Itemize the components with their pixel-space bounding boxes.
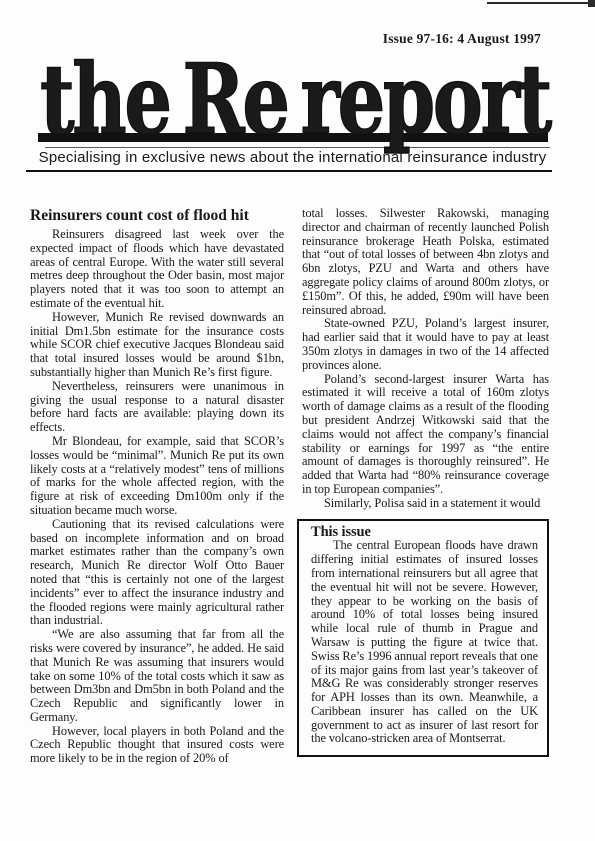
scan-artifact-line <box>487 2 595 4</box>
article-paragraph: Similarly, Polisa said in a statement it… <box>302 497 549 511</box>
article-paragraph: State-owned PZU, Poland’s largest insure… <box>302 317 549 372</box>
article-paragraph: Reinsurers disagreed last week over the … <box>30 228 284 311</box>
column-right: total losses. Silwester Rakowski, managi… <box>302 207 549 766</box>
right-column-paragraphs: total losses. Silwester Rakowski, managi… <box>302 207 549 511</box>
article-paragraph: “We are also assuming that far from all … <box>30 628 284 725</box>
article-paragraph: Cautioning that its revised calculations… <box>30 518 284 628</box>
newsletter-page: Issue 97-16: 4 August 1997 the Re report… <box>0 0 595 841</box>
scan-artifact-mark <box>588 0 595 7</box>
this-issue-box: This issue The central European floods h… <box>297 519 549 758</box>
column-left: Reinsurers count cost of flood hit Reins… <box>30 207 284 766</box>
article-paragraph: However, local players in both Poland an… <box>30 725 284 766</box>
article-columns: Reinsurers count cost of flood hit Reins… <box>30 207 549 766</box>
this-issue-title: This issue <box>311 526 538 540</box>
article-headline: Reinsurers count cost of flood hit <box>30 207 284 225</box>
article-paragraph: Nevertheless, reinsurers were unanimous … <box>30 380 284 435</box>
article-paragraph: total losses. Silwester Rakowski, managi… <box>302 207 549 317</box>
this-issue-body: The central European floods have drawn d… <box>311 539 538 746</box>
newsletter-logo: the Re report <box>40 52 550 148</box>
article-paragraph: Poland’s second-largest insurer Warta ha… <box>302 373 549 497</box>
article-paragraph: However, Munich Re revised downwards an … <box>30 311 284 380</box>
left-column-paragraphs: Reinsurers disagreed last week over the … <box>30 228 284 766</box>
article-paragraph: Mr Blondeau, for example, said that SCOR… <box>30 435 284 518</box>
tagline-rule-bottom <box>26 170 552 172</box>
